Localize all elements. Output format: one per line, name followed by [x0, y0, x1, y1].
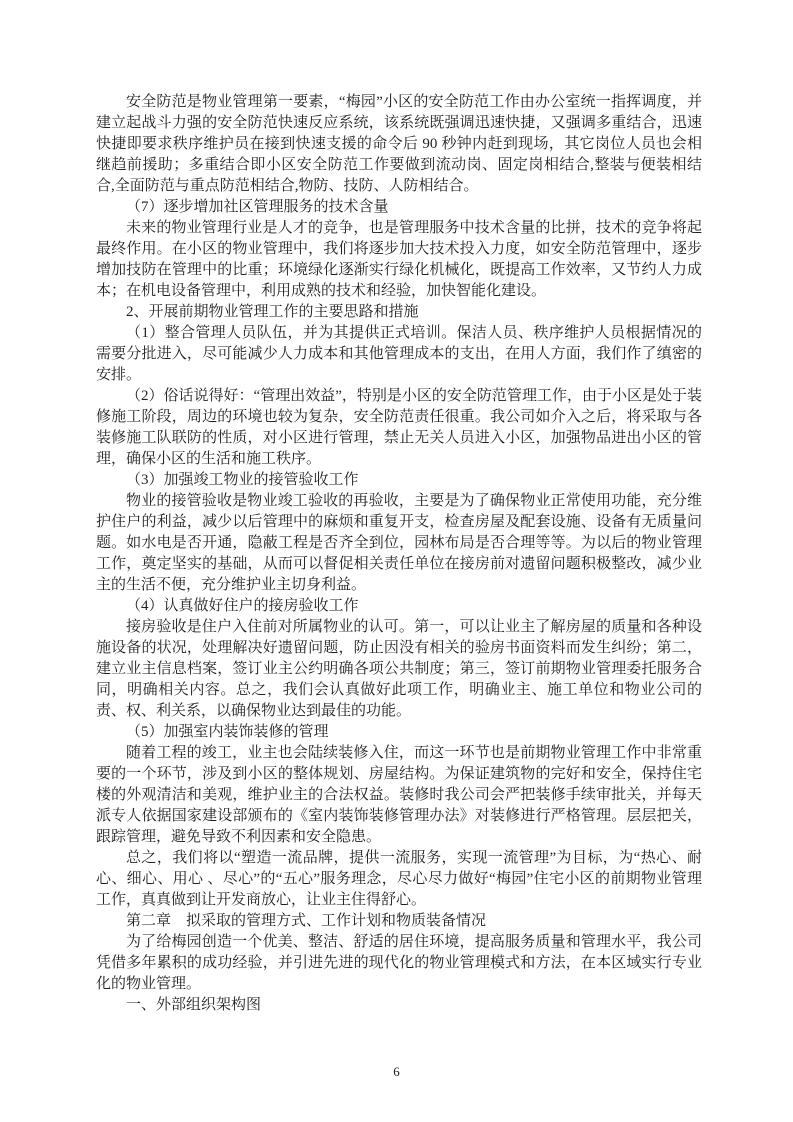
section-1-heading: 一、外部组织架构图	[96, 995, 702, 1016]
document-body: 安全防范是物业管理第一要素，“梅园”小区的安全防范工作由办公室统一指挥调度，并建…	[96, 92, 702, 1016]
paragraph-takeover-inspection: 物业的接管验收是物业竣工验收的再验收，主要是为了确保物业正常使用功能，充分维护住…	[96, 491, 702, 596]
paragraph-security-overview: 安全防范是物业管理第一要素，“梅园”小区的安全防范工作由办公室统一指挥调度，并建…	[96, 92, 702, 197]
paragraph-decoration-management: 随着工程的竣工，业主也会陆续装修入住，而这一环节也是前期物业管理工作中非常重要的…	[96, 743, 702, 848]
paragraph-chapter-2-intro: 为了给梅园创造一个优美、整洁、舒适的居住环境，提高服务质量和管理水平，我公司凭借…	[96, 932, 702, 995]
item-paragraph-2: （2）俗话说得好：“管理出效益”，特别是小区的安全防范管理工作，由于小区是处于装…	[96, 386, 702, 470]
page-number: 6	[0, 1064, 793, 1079]
item-paragraph-1: （1）整合管理人员队伍，并为其提供正式培训。保洁人员、秩序维护人员根据情况的需要…	[96, 323, 702, 386]
item-heading-5: （5）加强室内装饰装修的管理	[96, 722, 702, 743]
document-page: 安全防范是物业管理第一要素，“梅园”小区的安全防范工作由办公室统一指挥调度，并建…	[0, 0, 793, 1122]
paragraph-summary: 总之，我们将以“塑造一流品牌，提供一流服务，实现一流管理”为目标，为“热心、耐心…	[96, 848, 702, 911]
item-heading-7: （7）逐步增加社区管理服务的技术含量	[96, 197, 702, 218]
paragraph-handover-inspection: 接房验收是住户入住前对所属物业的认可。第一，可以让业主了解房屋的质量和各种设施设…	[96, 617, 702, 722]
item-heading-4: （4）认真做好住户的接房验收工作	[96, 596, 702, 617]
item-heading-3: （3）加强竣工物业的接管验收工作	[96, 470, 702, 491]
paragraph-technology: 未来的物业管理行业是人才的竞争，也是管理服务中技术含量的比拼，技术的竞争将起最终…	[96, 218, 702, 302]
list-heading-2: 2、开展前期物业管理工作的主要思路和措施	[96, 302, 702, 323]
chapter-2-heading: 第二章 拟采取的管理方式、工作计划和物质装备情况	[96, 911, 702, 932]
